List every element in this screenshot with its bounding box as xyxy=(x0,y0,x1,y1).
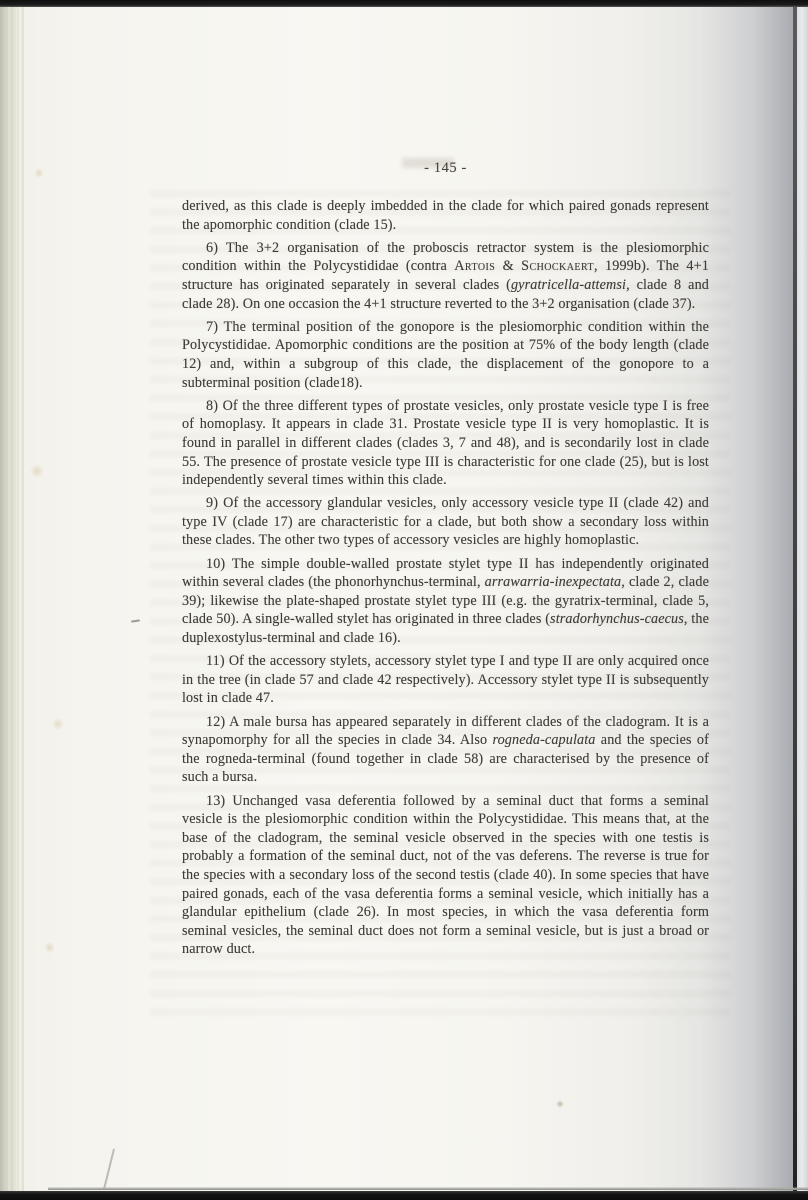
age-spot xyxy=(52,718,64,730)
scan-bottom-edge xyxy=(0,1191,808,1200)
text-segment: & xyxy=(495,258,521,274)
text-segment: rogneda-capulata xyxy=(492,732,595,748)
age-spot xyxy=(44,942,55,953)
paragraph: derived, as this clade is deeply imbedde… xyxy=(182,197,709,234)
paragraph: 9) Of the accessory glandular vesicles, … xyxy=(182,494,709,550)
paragraph: 11) Of the accessory stylets, accessory … xyxy=(182,652,709,708)
age-spot xyxy=(34,168,44,178)
paragraph: 12) A male bursa has appeared separately… xyxy=(182,713,709,787)
gutter-shadow xyxy=(700,7,794,1191)
scanned-page: - 145 - derived, as this clade is deeply… xyxy=(0,0,808,1200)
text-segment: Artois xyxy=(454,258,495,274)
paragraph: 13) Unchanged vasa deferentia followed b… xyxy=(182,792,709,959)
text-segment: stradorhynchus-caecus xyxy=(550,611,684,627)
text-segment: 7) The terminal position of the gonopore… xyxy=(182,319,709,391)
page-number: - 145 - xyxy=(182,160,709,177)
adjacent-page-edge xyxy=(797,7,808,1191)
bottom-page-edge-line xyxy=(48,1187,808,1190)
age-spot xyxy=(30,464,44,478)
age-spot xyxy=(556,1100,564,1108)
text-segment: derived, as this clade is deeply imbedde… xyxy=(182,198,709,233)
paragraph: 10) The simple double-walled prostate st… xyxy=(182,555,709,648)
text-segment: 9) Of the accessory glandular vesicles, … xyxy=(182,495,709,548)
paragraph: 8) Of the three different types of prost… xyxy=(182,397,709,490)
scan-top-edge xyxy=(0,0,808,7)
paragraph: 6) The 3+2 organisation of the proboscis… xyxy=(182,239,709,313)
text-segment: 13) Unchanged vasa deferentia followed b… xyxy=(182,793,709,958)
text-segment: 11) Of the accessory stylets, accessory … xyxy=(182,653,709,706)
text-segment: Schockaert xyxy=(521,258,594,274)
page-stack-edge xyxy=(0,6,24,1192)
text-segment: 8) Of the three different types of prost… xyxy=(182,398,709,488)
paragraph: 7) The terminal position of the gonopore… xyxy=(182,318,709,392)
text-segment: gyratricella-attemsi xyxy=(511,277,626,293)
text-segment: arrawarria-inexpectata xyxy=(485,574,622,590)
text-block: derived, as this clade is deeply imbedde… xyxy=(182,197,709,964)
